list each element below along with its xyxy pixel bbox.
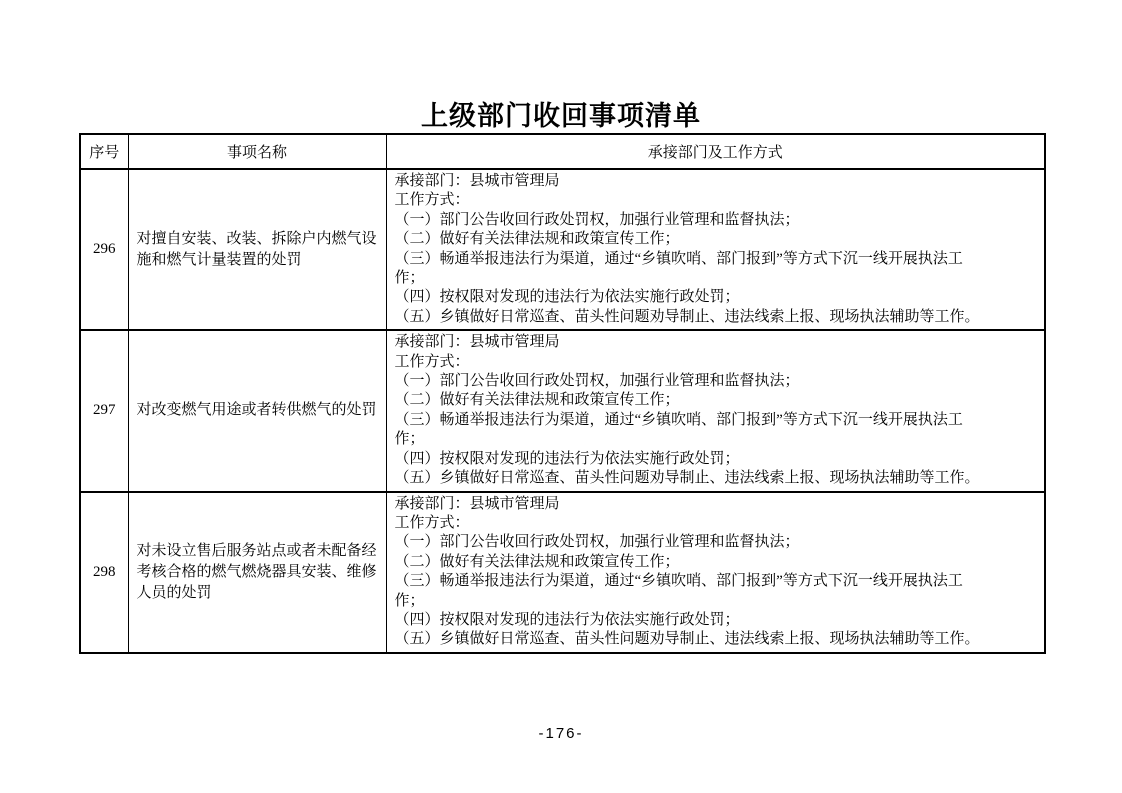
dept-line: 承接部门：县城市管理局: [395, 333, 1037, 352]
dept-line: 工作方式：: [395, 514, 1037, 533]
col-header-item-name: 事项名称: [128, 134, 386, 169]
dept-line: （五）乡镇做好日常巡查、苗头性问题劝导制止、违法线索上报、现场执法辅助等工作。: [395, 630, 1037, 649]
dept-work-method: 承接部门：县城市管理局 工作方式： （一）部门公告收回行政处罚权，加强行业管理和…: [386, 169, 1045, 330]
table-row-298: 298 对未设立售后服务站点或者未配备经考核合格的燃气燃烧器具安装、维修人员的处…: [80, 492, 1045, 653]
row-number: 296: [80, 169, 128, 330]
item-name: 对擅自安装、改装、拆除户内燃气设施和燃气计量装置的处罚: [128, 169, 386, 330]
row-number: 298: [80, 492, 128, 653]
dept-line: （三）畅通举报违法行为渠道，通过“乡镇吹哨、部门报到”等方式下沉一线开展执法工: [395, 572, 1037, 591]
dept-line: 作；: [395, 430, 1037, 449]
dept-line: （四）按权限对发现的违法行为依法实施行政处罚；: [395, 611, 1037, 630]
dept-line: （四）按权限对发现的违法行为依法实施行政处罚；: [395, 288, 1037, 307]
dept-line: 承接部门：县城市管理局: [395, 495, 1037, 514]
table-header-row: 序号 事项名称 承接部门及工作方式: [80, 134, 1045, 169]
dept-line: （五）乡镇做好日常巡查、苗头性问题劝导制止、违法线索上报、现场执法辅助等工作。: [395, 308, 1037, 327]
col-header-dept-method: 承接部门及工作方式: [386, 134, 1045, 169]
dept-line: （二）做好有关法律法规和政策宣传工作；: [395, 391, 1037, 410]
item-name: 对未设立售后服务站点或者未配备经考核合格的燃气燃烧器具安装、维修人员的处罚: [128, 492, 386, 653]
dept-line: （四）按权限对发现的违法行为依法实施行政处罚；: [395, 450, 1037, 469]
page-title: 上级部门收回事项清单: [0, 94, 1122, 133]
dept-line: （一）部门公告收回行政处罚权，加强行业管理和监督执法；: [395, 211, 1037, 230]
dept-line: （三）畅通举报违法行为渠道，通过“乡镇吹哨、部门报到”等方式下沉一线开展执法工: [395, 411, 1037, 430]
dept-line: （一）部门公告收回行政处罚权，加强行业管理和监督执法；: [395, 533, 1037, 552]
table-row-297: 297 对改变燃气用途或者转供燃气的处罚 承接部门：县城市管理局 工作方式： （…: [80, 330, 1045, 491]
dept-line: 承接部门：县城市管理局: [395, 172, 1037, 191]
col-header-serial: 序号: [80, 134, 128, 169]
items-table: 序号 事项名称 承接部门及工作方式 296 对擅自安装、改装、拆除户内燃气设施和…: [79, 133, 1046, 654]
page-number: -176-: [0, 725, 1122, 742]
dept-line: （二）做好有关法律法规和政策宣传工作；: [395, 230, 1037, 249]
dept-line: （三）畅通举报违法行为渠道，通过“乡镇吹哨、部门报到”等方式下沉一线开展执法工: [395, 250, 1037, 269]
dept-line: （二）做好有关法律法规和政策宣传工作；: [395, 553, 1037, 572]
dept-line: 作；: [395, 269, 1037, 288]
dept-line: （五）乡镇做好日常巡查、苗头性问题劝导制止、违法线索上报、现场执法辅助等工作。: [395, 469, 1037, 488]
dept-line: （一）部门公告收回行政处罚权，加强行业管理和监督执法；: [395, 372, 1037, 391]
item-name: 对改变燃气用途或者转供燃气的处罚: [128, 330, 386, 491]
table-row-296: 296 对擅自安装、改装、拆除户内燃气设施和燃气计量装置的处罚 承接部门：县城市…: [80, 169, 1045, 330]
dept-line: 工作方式：: [395, 353, 1037, 372]
dept-line: 作；: [395, 592, 1037, 611]
dept-work-method: 承接部门：县城市管理局 工作方式： （一）部门公告收回行政处罚权，加强行业管理和…: [386, 492, 1045, 653]
row-number: 297: [80, 330, 128, 491]
document-page: 上级部门收回事项清单 序号 事项名称 承接部门及工作方式 296 对擅自安装、改…: [0, 0, 1122, 793]
dept-line: 工作方式：: [395, 191, 1037, 210]
dept-work-method: 承接部门：县城市管理局 工作方式： （一）部门公告收回行政处罚权，加强行业管理和…: [386, 330, 1045, 491]
